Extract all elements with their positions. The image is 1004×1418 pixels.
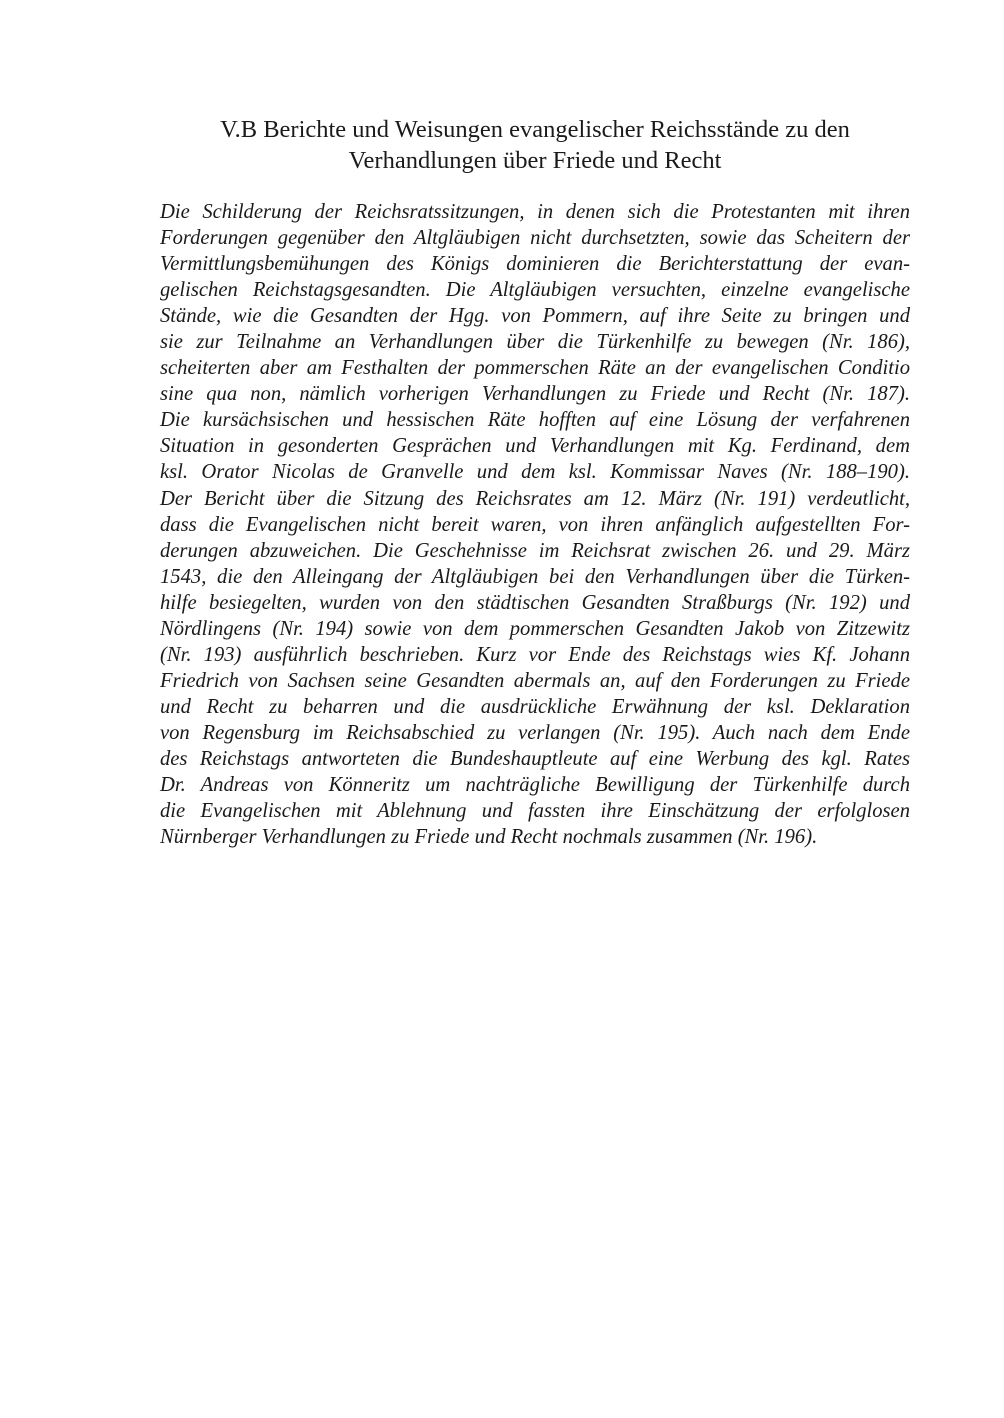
abstract-line: sine qua non, nämlich vorherigen Verhand…: [160, 381, 910, 407]
abstract-line: des Reichstags antworteten die Bundeshau…: [160, 746, 910, 772]
abstract-line: derungen abzuweichen. Die Geschehnisse i…: [160, 538, 910, 564]
abstract-line: ksl. Orator Nicolas de Granvelle und dem…: [160, 459, 910, 485]
abstract-line: Stände, wie die Gesandten der Hgg. von P…: [160, 303, 910, 329]
abstract-line: und Recht zu beharren und die ausdrückli…: [160, 694, 910, 720]
section-heading: V.B Berichte und Weisungen evangelischer…: [140, 114, 930, 176]
abstract-line: (Nr. 193) ausführlich beschrieben. Kurz …: [160, 642, 910, 668]
section-abstract: Die Schilderung der Reichsratssitzungen,…: [160, 199, 910, 850]
abstract-line: 1543, die den Alleingang der Altgläubige…: [160, 564, 910, 590]
abstract-line: Der Bericht über die Sitzung des Reichsr…: [160, 486, 910, 512]
abstract-line: Nürnberger Verhandlungen zu Friede und R…: [160, 824, 910, 850]
abstract-line: dass die Evangelischen nicht bereit ware…: [160, 512, 910, 538]
section-heading-line: Verhandlungen über Friede und Recht: [140, 145, 930, 176]
abstract-line: Nördlingens (Nr. 194) sowie von dem pomm…: [160, 616, 910, 642]
abstract-line: Vermittlungsbemühungen des Königs domini…: [160, 251, 910, 277]
abstract-line: sie zur Teilnahme an Verhandlungen über …: [160, 329, 910, 355]
abstract-line: scheiterten aber am Festhalten der pomme…: [160, 355, 910, 381]
abstract-line: die Evangelischen mit Ablehnung und fass…: [160, 798, 910, 824]
abstract-line: von Regensburg im Reichsabschied zu verl…: [160, 720, 910, 746]
abstract-line: Die Schilderung der Reichsratssitzungen,…: [160, 199, 910, 225]
abstract-line: hilfe besiegelten, wurden von den städti…: [160, 590, 910, 616]
document-page: V.B Berichte und Weisungen evangelischer…: [0, 0, 1004, 1418]
abstract-line: Die kursächsischen und hessischen Räte h…: [160, 407, 910, 433]
abstract-line: Friedrich von Sachsen seine Gesandten ab…: [160, 668, 910, 694]
abstract-line: Dr. Andreas von Könneritz um nachträglic…: [160, 772, 910, 798]
abstract-line: Forderungen gegenüber den Altgläubigen n…: [160, 225, 910, 251]
abstract-line: gelischen Reichstagsgesandten. Die Altgl…: [160, 277, 910, 303]
abstract-line: Situation in gesonderten Gesprächen und …: [160, 433, 910, 459]
section-heading-line: V.B Berichte und Weisungen evangelischer…: [140, 114, 930, 145]
